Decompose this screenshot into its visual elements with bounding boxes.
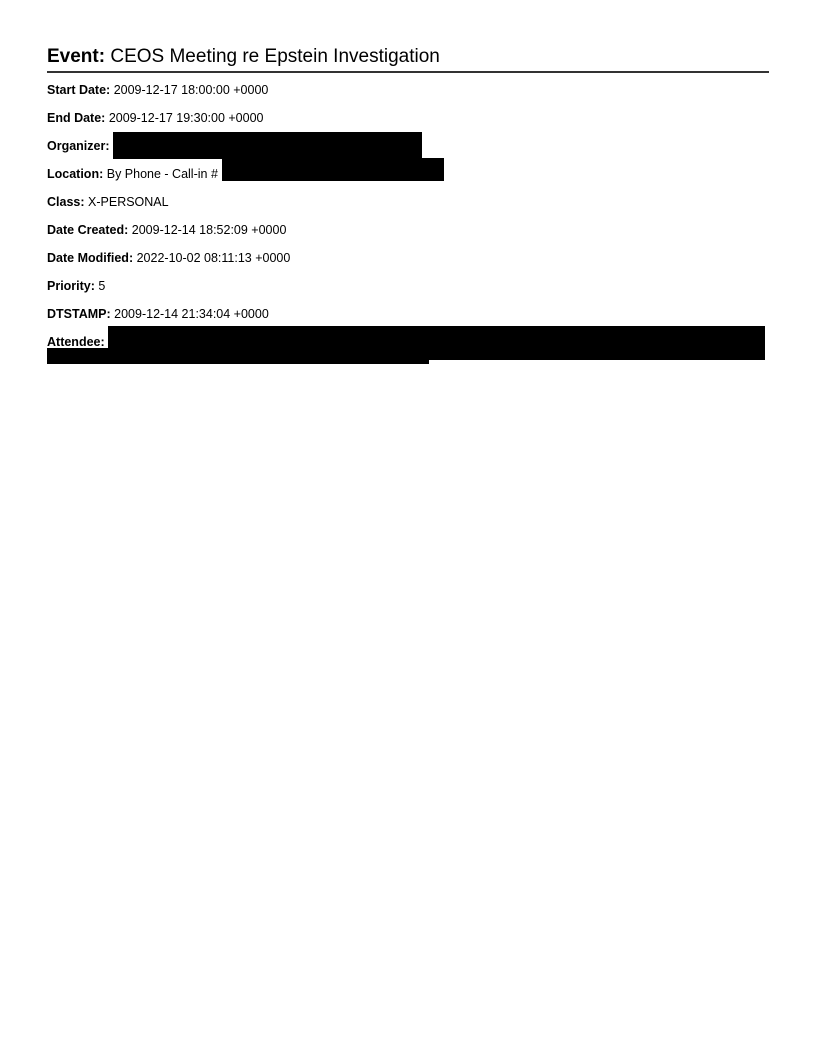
field-date-modified: Date Modified: 2022-10-02 08:11:13 +0000 xyxy=(47,249,290,267)
field-priority: Priority: 5 xyxy=(47,277,105,295)
class-value: X-PERSONAL xyxy=(88,195,169,209)
date-modified-value: 2022-10-02 08:11:13 +0000 xyxy=(137,251,291,265)
event-title: Event: CEOS Meeting re Epstein Investiga… xyxy=(47,44,769,73)
class-label: Class: xyxy=(47,195,85,209)
priority-value: 5 xyxy=(98,279,105,293)
field-organizer: Organizer: xyxy=(47,137,110,155)
location-value: By Phone - Call-in # xyxy=(107,167,218,181)
attendee-label: Attendee: xyxy=(47,335,105,349)
priority-label: Priority: xyxy=(47,279,95,293)
date-created-value: 2009-12-14 18:52:09 +0000 xyxy=(132,223,287,237)
field-location: Location: By Phone - Call-in # xyxy=(47,165,218,183)
field-class: Class: X-PERSONAL xyxy=(47,193,169,211)
organizer-redaction xyxy=(113,132,422,159)
organizer-label: Organizer: xyxy=(47,139,110,153)
event-document: Event: CEOS Meeting re Epstein Investiga… xyxy=(47,44,769,73)
start-date-value: 2009-12-17 18:00:00 +0000 xyxy=(114,83,269,97)
end-date-value: 2009-12-17 19:30:00 +0000 xyxy=(109,111,264,125)
location-redaction xyxy=(222,158,444,181)
end-date-label: End Date: xyxy=(47,111,105,125)
event-title-value: CEOS Meeting re Epstein Investigation xyxy=(110,46,440,67)
dtstamp-value: 2009-12-14 21:34:04 +0000 xyxy=(114,307,269,321)
attendee-redaction-continued xyxy=(47,348,429,364)
field-dtstamp: DTSTAMP: 2009-12-14 21:34:04 +0000 xyxy=(47,305,269,323)
date-modified-label: Date Modified: xyxy=(47,251,133,265)
field-date-created: Date Created: 2009-12-14 18:52:09 +0000 xyxy=(47,221,286,239)
event-title-label: Event: xyxy=(47,46,105,67)
dtstamp-label: DTSTAMP: xyxy=(47,307,111,321)
start-date-label: Start Date: xyxy=(47,83,110,97)
date-created-label: Date Created: xyxy=(47,223,128,237)
field-attendee: Attendee: xyxy=(47,333,105,351)
field-start-date: Start Date: 2009-12-17 18:00:00 +0000 xyxy=(47,81,268,99)
field-end-date: End Date: 2009-12-17 19:30:00 +0000 xyxy=(47,109,263,127)
location-label: Location: xyxy=(47,167,103,181)
